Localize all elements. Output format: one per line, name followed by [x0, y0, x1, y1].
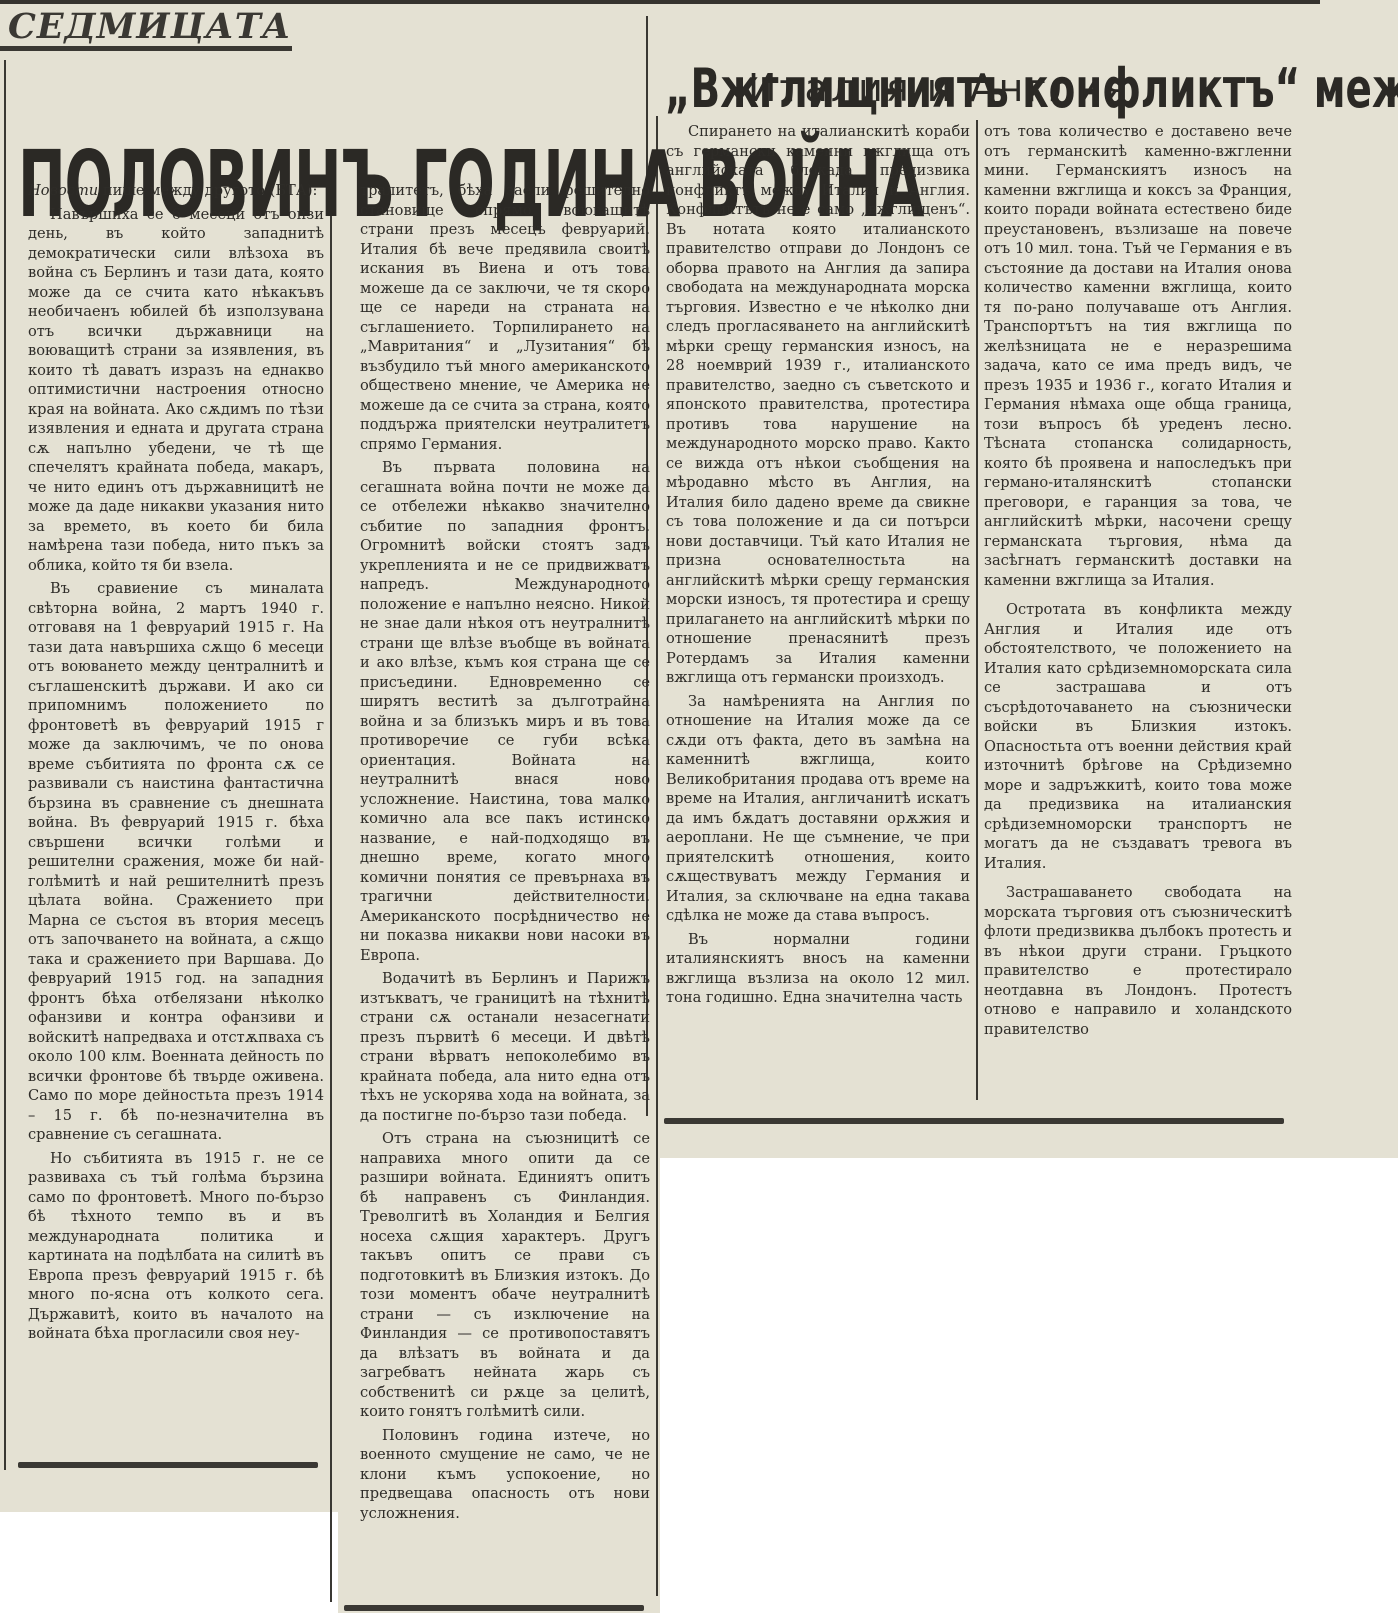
end-rule	[344, 1605, 644, 1611]
column-divider	[976, 120, 978, 1100]
article-column-2: тралитетъ, бѣха заели решително становищ…	[360, 181, 650, 1527]
body-paragraph: отъ това количество е доставено вече отъ…	[984, 122, 1292, 590]
end-rule	[664, 1118, 1284, 1124]
body-paragraph: Въ сравиение съ миналата свѣторна война,…	[28, 579, 324, 1145]
body-paragraph: тралитетъ, бѣха заели решително становищ…	[360, 181, 650, 454]
intro-text: пише между другото (БТА):	[103, 182, 318, 199]
body-paragraph: Въ първата половина на сегашната война п…	[360, 458, 650, 965]
article-column-4: отъ това количество е доставено вече отъ…	[984, 122, 1292, 1043]
column-divider	[330, 182, 332, 1602]
body-paragraph: Половинъ година изтече, но военното смущ…	[360, 1426, 650, 1524]
article-subheadline: Италия и Англия	[748, 66, 1130, 110]
body-paragraph: За намѣренията на Англия по отношение на…	[666, 692, 970, 926]
source-name: Новости	[28, 182, 98, 199]
intro-paragraph: Новости пише между другото (БТА):	[28, 181, 324, 201]
body-paragraph: Спирането на италианскитѣ кораби съ герм…	[666, 122, 970, 688]
body-paragraph: Въ нормални години италиянскиятъ вносъ н…	[666, 930, 970, 1008]
body-paragraph: Но събитията въ 1915 г. не се развиваха …	[28, 1149, 324, 1344]
top-border-rule	[0, 0, 1320, 4]
body-paragraph: Застрашаването свободата на морската тър…	[984, 883, 1292, 1039]
left-margin-rule	[4, 60, 6, 1470]
body-paragraph: Остротата въ конфликта между Англия и Ит…	[984, 600, 1292, 873]
body-paragraph: Навършиха се 6 месеци отъ онзи день, въ …	[28, 205, 324, 576]
body-paragraph: Отъ страна на съюзницитѣ се направиха мн…	[360, 1129, 650, 1422]
kicker-underline	[0, 46, 292, 51]
article-column-3: Спирането на италианскитѣ кораби съ герм…	[666, 122, 970, 1012]
end-rule	[18, 1462, 318, 1468]
column-divider	[656, 116, 658, 1596]
article-column-1: Новости пише между другото (БТА): Навърш…	[28, 181, 324, 1348]
body-paragraph: Водачитѣ въ Берлинъ и Парижъ изтъкватъ, …	[360, 969, 650, 1125]
section-kicker: СЕДМИЦАТА	[8, 6, 291, 47]
